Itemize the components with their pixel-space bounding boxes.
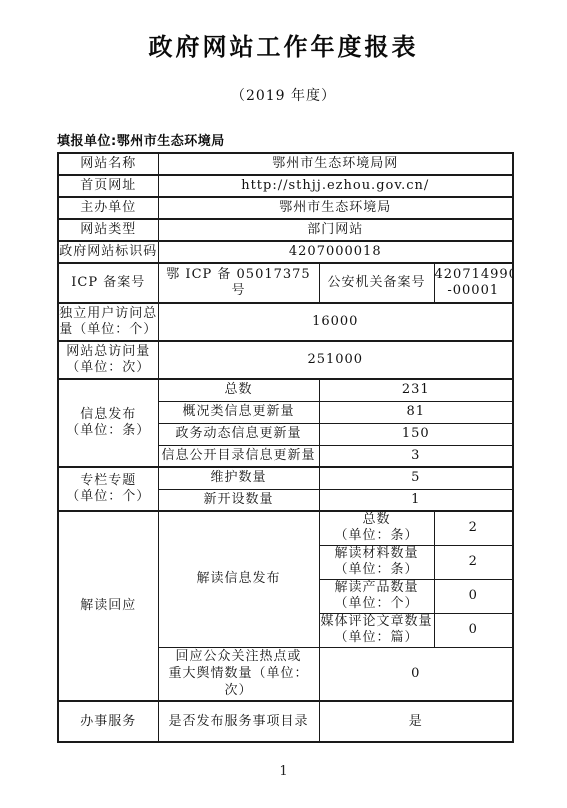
icp-label: ICP 备案号 (58, 263, 158, 303)
info-pub-row-value: 150 (319, 423, 513, 445)
info-pub-group-label: 信息发布 （单位：条） (58, 379, 158, 467)
info-pub-row-label: 政务动态信息更新量 (158, 423, 319, 445)
site-name-value: 鄂州市生态环境局网 (158, 153, 513, 175)
table-row: 解读回应 解读信息发布 总数 （单位：条） 2 (58, 511, 513, 545)
info-pub-row-value: 3 (319, 445, 513, 467)
organizer-value: 鄂州市生态环境局 (158, 197, 513, 219)
document-page: 政府网站工作年度报表 （2019 年度） 填报单位:鄂州市生态环境局 网站名称 … (0, 0, 567, 808)
interpretation-row-label: 总数 （单位：条） (319, 511, 434, 545)
services-group-label: 办事服务 (58, 701, 158, 742)
site-name-label: 网站名称 (58, 153, 158, 175)
police-record-value: 42071499007 -00001 (434, 263, 513, 303)
interpretation-row-value: 2 (434, 511, 513, 545)
table-row: 首页网址 http://sthjj.ezhou.gov.cn/ (58, 175, 513, 197)
info-pub-row-value: 81 (319, 401, 513, 423)
unique-visitors-value: 16000 (158, 303, 513, 341)
police-record-label: 公安机关备案号 (319, 263, 434, 303)
info-pub-row-label: 信息公开目录信息更新量 (158, 445, 319, 467)
page-title: 政府网站工作年度报表 (0, 0, 567, 62)
interpretation-row-label: 解读材料数量 （单位：条） (319, 545, 434, 579)
site-type-label: 网站类型 (58, 219, 158, 241)
services-row-value: 是 (319, 701, 513, 742)
site-code-label: 政府网站标识码 (58, 241, 158, 263)
organizer-label: 主办单位 (58, 197, 158, 219)
table-row: 办事服务 是否发布服务事项目录 是 (58, 701, 513, 742)
info-pub-row-value: 231 (319, 379, 513, 401)
services-row-label: 是否发布服务事项目录 (158, 701, 319, 742)
interpretation-pub-label: 解读信息发布 (158, 511, 319, 647)
table-row: 网站名称 鄂州市生态环境局网 (58, 153, 513, 175)
columns-row-label: 维护数量 (158, 467, 319, 489)
icp-value: 鄂 ICP 备 05017375 号 (158, 263, 319, 303)
total-visits-label: 网站总访问量 （单位：次） (58, 341, 158, 379)
site-type-value: 部门网站 (158, 219, 513, 241)
info-pub-row-label: 总数 (158, 379, 319, 401)
table-row: ICP 备案号 鄂 ICP 备 05017375 号 公安机关备案号 42071… (58, 263, 513, 303)
interpretation-row-value: 0 (434, 579, 513, 613)
interpretation-row-label: 解读产品数量 （单位：个） (319, 579, 434, 613)
columns-row-label: 新开设数量 (158, 489, 319, 511)
table-row: 网站总访问量 （单位：次） 251000 (58, 341, 513, 379)
interpretation-group-label: 解读回应 (58, 511, 158, 701)
response-value: 0 (319, 647, 513, 701)
columns-row-value: 1 (319, 489, 513, 511)
table-row: 主办单位 鄂州市生态环境局 (58, 197, 513, 219)
table-row: 专栏专题 （单位：个） 维护数量 5 (58, 467, 513, 489)
columns-group-label: 专栏专题 （单位：个） (58, 467, 158, 511)
response-label: 回应公众关注热点或 重大舆情数量（单位： 次） (158, 647, 319, 701)
site-code-value: 4207000018 (158, 241, 513, 263)
table-row: 网站类型 部门网站 (58, 219, 513, 241)
columns-row-value: 5 (319, 467, 513, 489)
table-row: 信息发布 （单位：条） 总数 231 (58, 379, 513, 401)
table-row: 政府网站标识码 4207000018 (58, 241, 513, 263)
interpretation-row-value: 0 (434, 613, 513, 647)
interpretation-row-value: 2 (434, 545, 513, 579)
page-subtitle: （2019 年度） (0, 85, 567, 105)
interpretation-row-label: 媒体评论文章数量 （单位：篇） (319, 613, 434, 647)
info-pub-row-label: 概况类信息更新量 (158, 401, 319, 423)
reporting-unit: 填报单位:鄂州市生态环境局 (57, 130, 225, 149)
page-number: 1 (0, 764, 567, 779)
total-visits-value: 251000 (158, 341, 513, 379)
table-row: 独立用户访问总 量（单位：个） 16000 (58, 303, 513, 341)
home-url-label: 首页网址 (58, 175, 158, 197)
unique-visitors-label: 独立用户访问总 量（单位：个） (58, 303, 158, 341)
report-table: 网站名称 鄂州市生态环境局网 首页网址 http://sthjj.ezhou.g… (57, 152, 514, 743)
home-url-value: http://sthjj.ezhou.gov.cn/ (158, 175, 513, 197)
